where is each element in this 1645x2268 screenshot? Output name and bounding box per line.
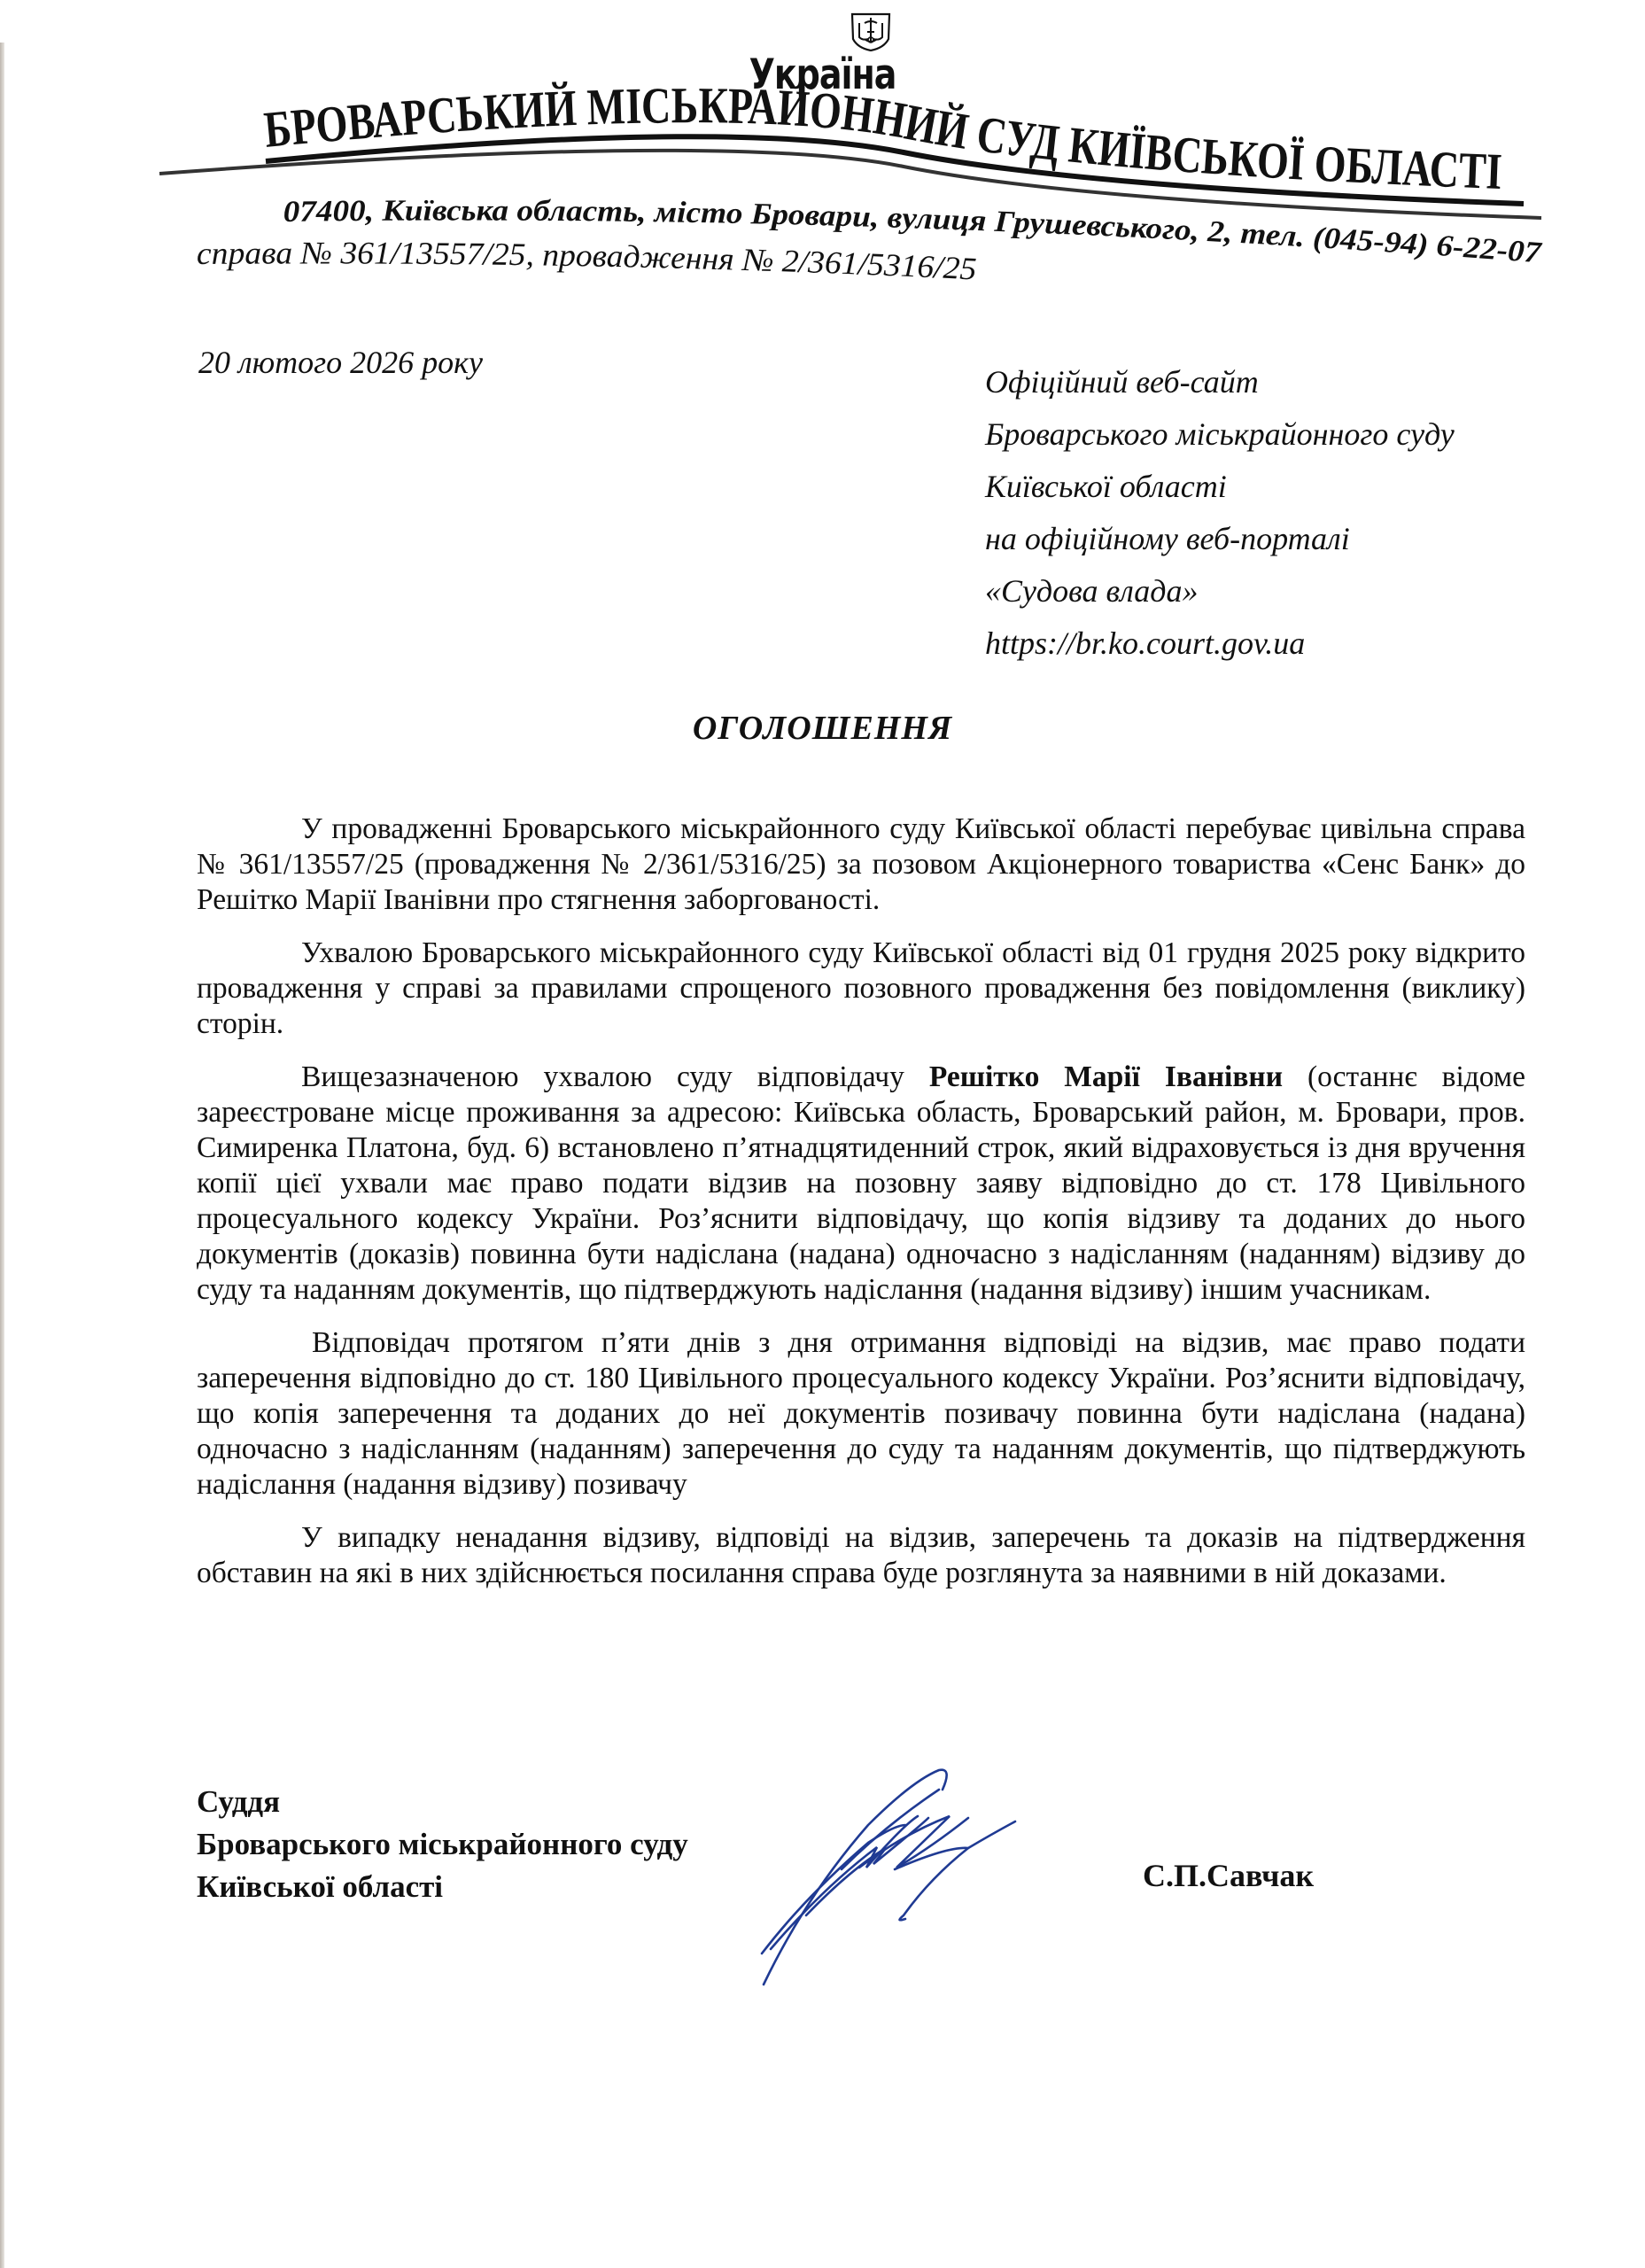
court-title-text: БРОВАРСЬКИЙ МІСЬКРАЙОННИЙ СУД КИЇВСЬКОЇ …	[261, 76, 1502, 200]
addressee-url: https://br.ko.court.gov.ua	[985, 617, 1455, 670]
judge-position-line: Суддя	[197, 1781, 688, 1823]
paragraph-text: (останнє відоме зареєстроване місце прож…	[197, 1060, 1525, 1306]
addressee-line: Київської області	[985, 461, 1455, 513]
judge-position: Суддя Броварського міськрайонного суду К…	[197, 1781, 688, 1908]
addressee-line: Офіційний веб-сайт	[985, 356, 1455, 408]
paragraph-defendant-notice: Вищезазначеною ухвалою суду відповідачу …	[197, 1060, 1525, 1308]
case-number-line: справа № 361/13557/25, провадження № 2/3…	[197, 237, 1082, 299]
announcement-body: У провадженні Броварського міськрайонног…	[197, 812, 1525, 1609]
coat-of-arms-icon	[833, 12, 909, 51]
svg-text:БРОВАРСЬКИЙ МІСЬКРАЙОННИЙ СУД: БРОВАРСЬКИЙ МІСЬКРАЙОННИЙ СУД КИЇВСЬКОЇ …	[261, 76, 1502, 200]
judge-position-line: Броварського міськрайонного суду	[197, 1823, 688, 1866]
addressee-line: «Судова влада»	[985, 565, 1455, 617]
judge-name: С.П.Савчак	[1143, 1857, 1314, 1894]
announcement-title: ОГОЛОШЕННЯ	[0, 709, 1645, 748]
defendant-name: Решітко Марії Іванівни	[929, 1060, 1283, 1093]
svg-text:справа № 361/13557/25, провадж: справа № 361/13557/25, провадження № 2/3…	[197, 235, 978, 286]
handwritten-signature-icon	[753, 1763, 1107, 1993]
paragraph-text: Вищезазначеною ухвалою суду відповідачу	[301, 1060, 929, 1093]
paragraph-case-info: У провадженні Броварського міськрайонног…	[197, 812, 1525, 918]
document-date: 20 лютого 2026 року	[198, 344, 483, 381]
paragraph-objection-rights: Відповідач протягом п’яти днів з дня отр…	[197, 1325, 1525, 1503]
addressee-line: на офіційному веб-порталі	[985, 513, 1455, 565]
addressee-line: Броварського міськрайонного суду	[985, 408, 1455, 461]
judge-position-line: Київської області	[197, 1866, 688, 1908]
scan-edge-artifact	[0, 43, 4, 2268]
paragraph-consequences: У випадку ненадання відзиву, відповіді н…	[197, 1520, 1525, 1591]
addressee-block: Офіційний веб-сайт Броварського міськрай…	[985, 356, 1455, 670]
paragraph-ruling: Ухвалою Броварського міськрайонного суду…	[197, 936, 1525, 1042]
case-number-text: справа № 361/13557/25, провадження № 2/3…	[197, 235, 978, 286]
